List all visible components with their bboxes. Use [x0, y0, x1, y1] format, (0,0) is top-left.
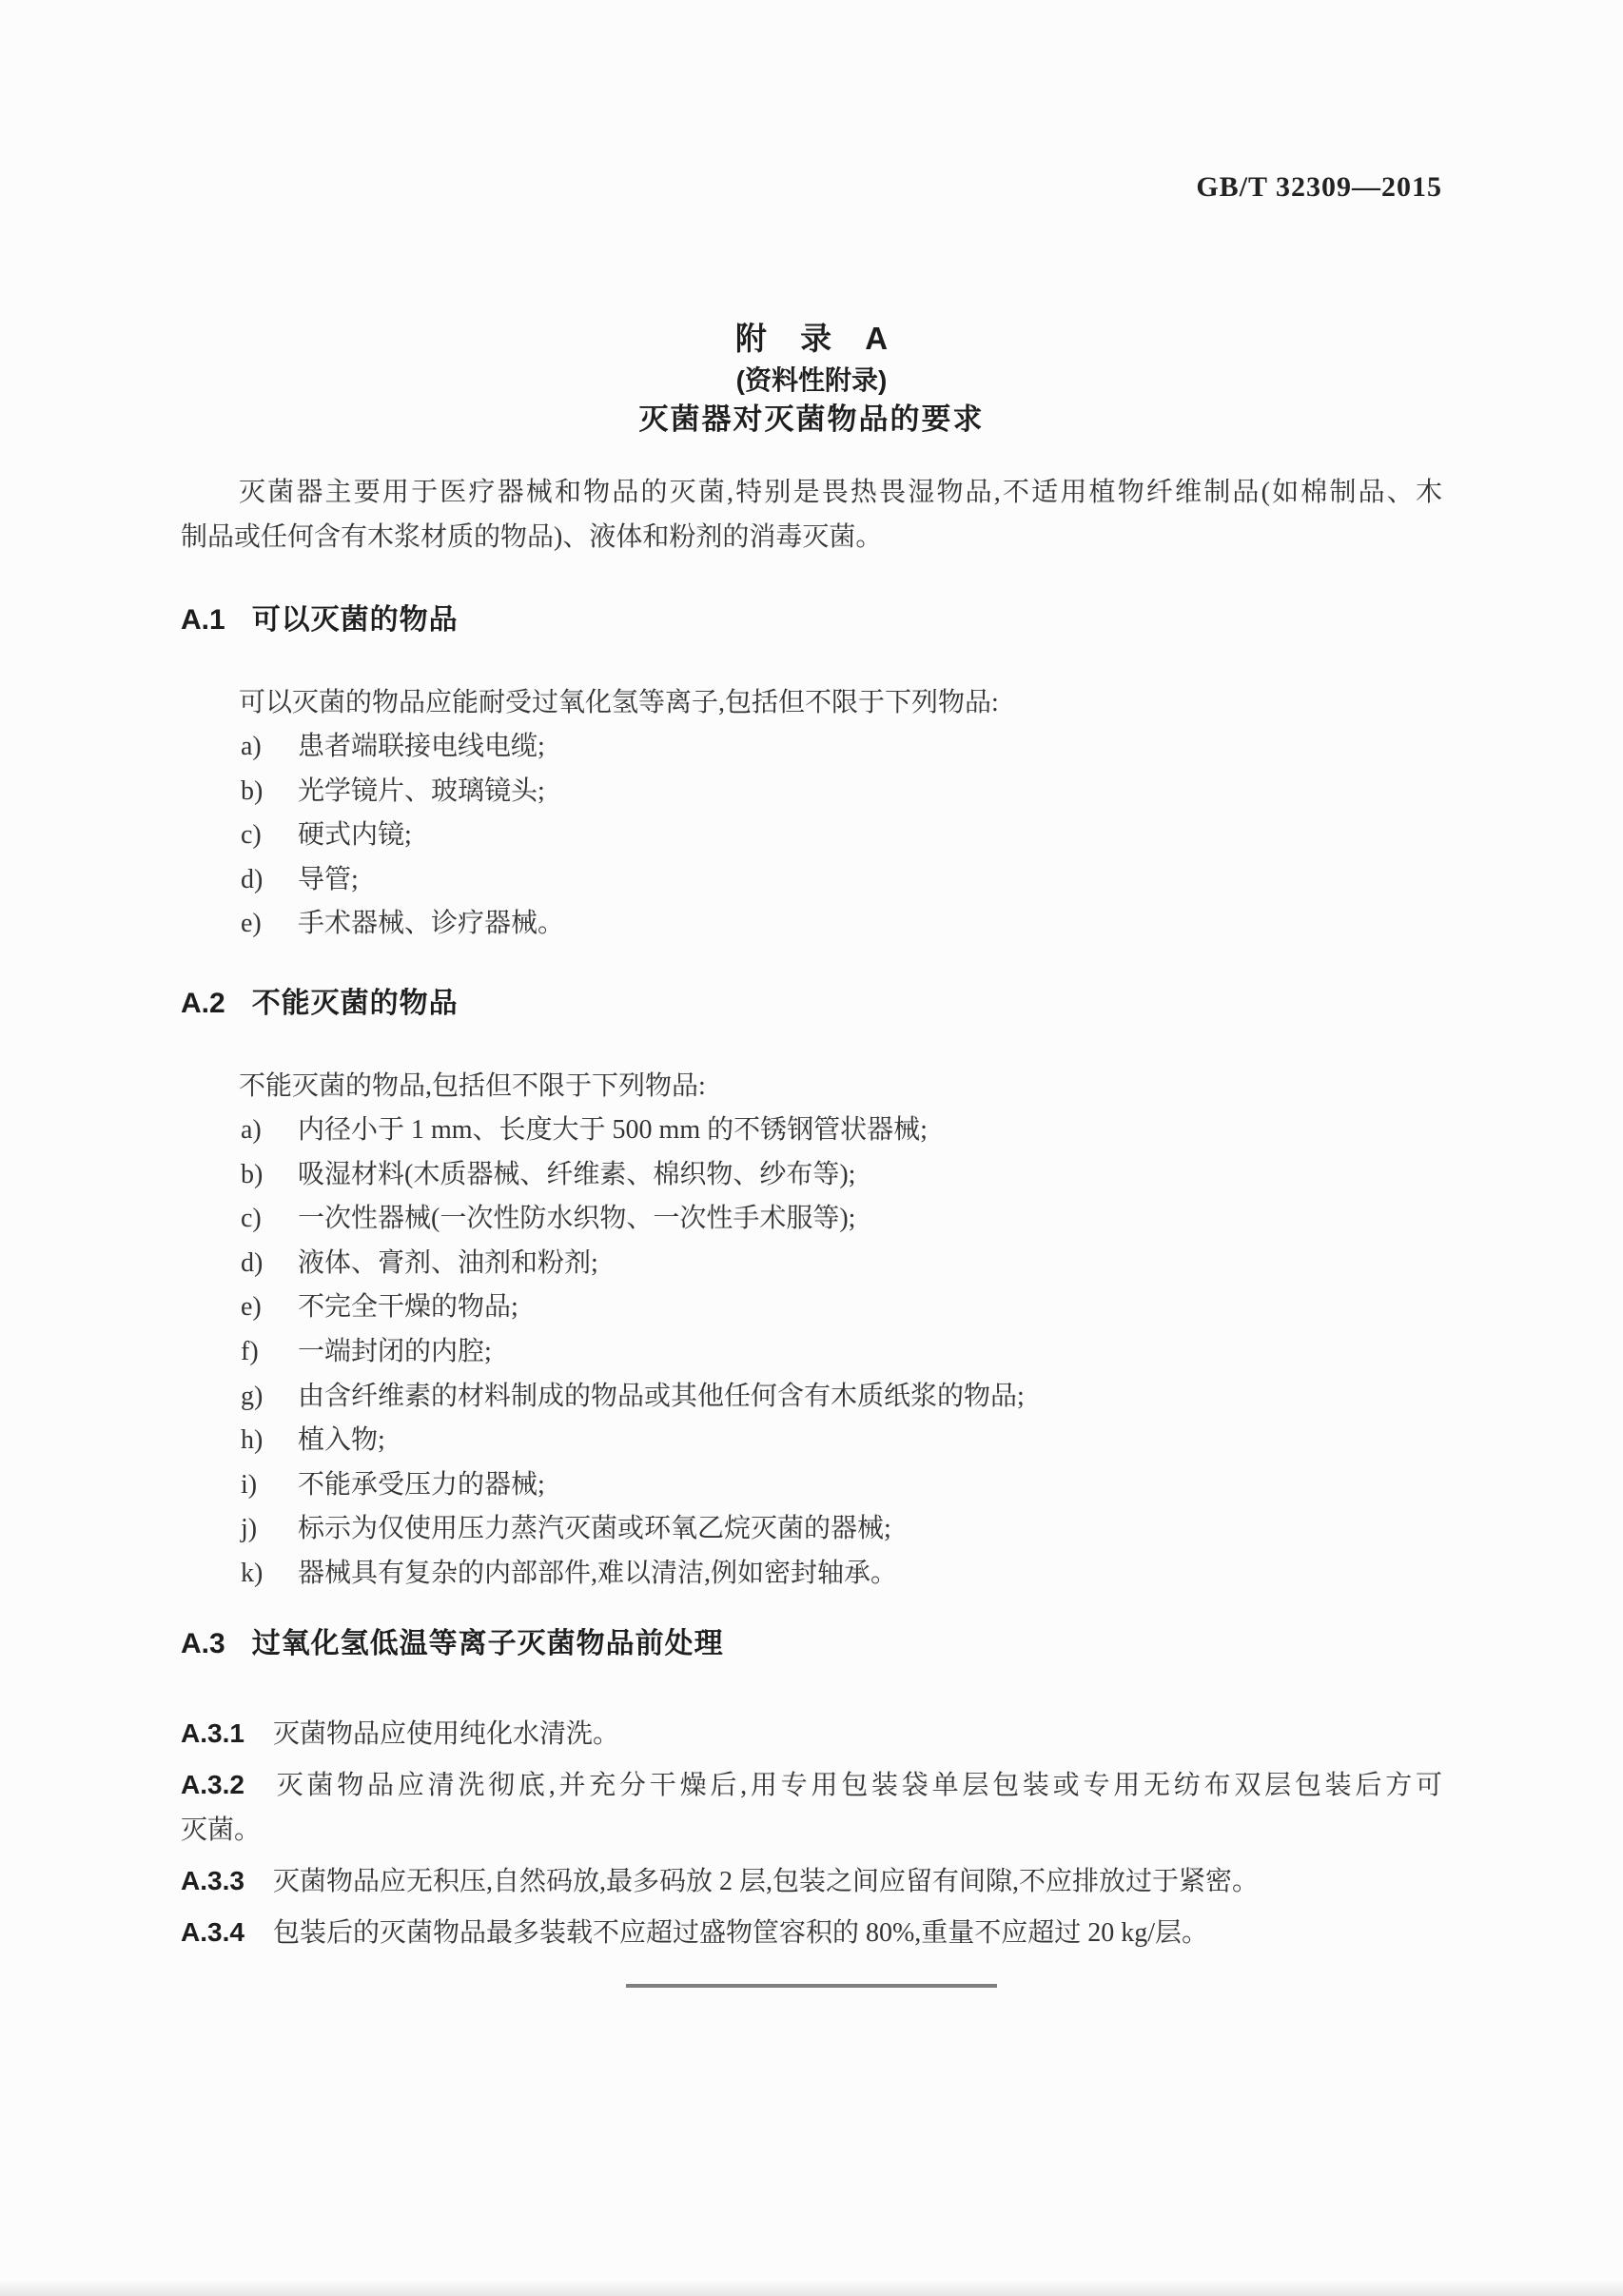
- clause: A.3.2灭菌物品应清洗彻底,并充分干燥后,用专用包装袋单层包装或专用无纺布双层…: [181, 1762, 1442, 1853]
- clause-list: A.3.1灭菌物品应使用纯化水清洗。 A.3.2灭菌物品应清洗彻底,并充分干燥后…: [181, 1711, 1442, 1955]
- clause-text: 灭菌物品应使用纯化水清洗。: [273, 1719, 619, 1749]
- section-heading: A.1可以灭菌的物品: [181, 601, 1442, 639]
- clause: A.3.3灭菌物品应无积压,自然码放,最多码放 2 层,包装之间应留有间隙,不应…: [181, 1858, 1442, 1904]
- list-item: e) 手术器械、诊疗器械。: [181, 902, 1442, 947]
- list-item-label: b): [241, 1153, 298, 1198]
- list-item-label: g): [241, 1375, 298, 1420]
- section-number: A.3: [181, 1628, 225, 1659]
- document-page: GB/T 32309—2015 附 录 A (资料性附录) 灭菌器对灭菌物品的要…: [0, 0, 1623, 2296]
- list-item-label: d): [241, 1242, 298, 1286]
- list-item-text: 植入物;: [298, 1419, 1442, 1463]
- list-item: g) 由含纤维素的材料制成的物品或其他任何含有木质纸浆的物品;: [181, 1375, 1442, 1420]
- list-item-label: d): [241, 858, 298, 903]
- clause: A.3.4包装后的灭菌物品最多装载不应超过盛物筐容积的 80%,重量不应超过 2…: [181, 1910, 1442, 1955]
- clause-first-line: A.3.2灭菌物品应清洗彻底,并充分干燥后,用专用包装袋单层包装或专用无纺布双层…: [181, 1762, 1442, 1808]
- list-item-label: e): [241, 1285, 298, 1330]
- list-item: e) 不完全干燥的物品;: [181, 1285, 1442, 1330]
- section-heading: A.3过氧化氢低温等离子灭菌物品前处理: [181, 1625, 1442, 1663]
- list-item-label: h): [241, 1419, 298, 1463]
- list-item: c) 硬式内镜;: [181, 814, 1442, 858]
- list-item: k) 器械具有复杂的内部部件,难以清洁,例如密封轴承。: [181, 1552, 1442, 1597]
- section-a1: A.1可以灭菌的物品 可以灭菌的物品应能耐受过氧化氢等离子,包括但不限于下列物品…: [181, 601, 1442, 947]
- section-title: 可以灭菌的物品: [252, 604, 459, 636]
- intro-line: 制品或任何含有木浆材质的物品)、液体和粉剂的消毒灭菌。: [181, 515, 1442, 559]
- list-item: d) 导管;: [181, 858, 1442, 903]
- list-item-text: 一次性器械(一次性防水织物、一次性手术服等);: [298, 1197, 1442, 1242]
- section-a3: A.3过氧化氢低温等离子灭菌物品前处理 A.3.1灭菌物品应使用纯化水清洗。 A…: [181, 1625, 1442, 1955]
- list-item-text: 不完全干燥的物品;: [298, 1285, 1442, 1330]
- list-item-text: 硬式内镜;: [298, 814, 1442, 858]
- list-item-text: 患者端联接电线电缆;: [298, 725, 1442, 770]
- list-item-text: 手术器械、诊疗器械。: [298, 902, 1442, 947]
- list-item-label: e): [241, 902, 298, 947]
- section-lead: 不能灭菌的物品,包括但不限于下列物品:: [181, 1064, 1442, 1109]
- intro-line: 灭菌器主要用于医疗器械和物品的灭菌,特别是畏热畏湿物品,不适用植物纤维制品(如棉…: [181, 470, 1442, 515]
- list-item-label: f): [241, 1330, 298, 1375]
- clause-text: 包装后的灭菌物品最多装载不应超过盛物筐容积的 80%,重量不应超过 20 kg/…: [273, 1918, 1208, 1948]
- list-item: a) 患者端联接电线电缆;: [181, 725, 1442, 770]
- list-item-label: c): [241, 814, 298, 858]
- clause-number: A.3.3: [181, 1866, 244, 1895]
- item-list: a) 患者端联接电线电缆; b) 光学镜片、玻璃镜头; c) 硬式内镜; d) …: [181, 725, 1442, 947]
- list-item: f) 一端封闭的内腔;: [181, 1330, 1442, 1375]
- list-item: a) 内径小于 1 mm、长度大于 500 mm 的不锈钢管状器械;: [181, 1109, 1442, 1153]
- clause-number: A.3.1: [181, 1718, 244, 1748]
- section-number: A.2: [181, 988, 225, 1019]
- clause-number: A.3.4: [181, 1917, 244, 1947]
- list-item: b) 光学镜片、玻璃镜头;: [181, 770, 1442, 814]
- clause-continuation: 灭菌。: [181, 1808, 1442, 1853]
- section-title: 过氧化氢低温等离子灭菌物品前处理: [252, 1628, 724, 1659]
- list-item: i) 不能承受压力的器械;: [181, 1463, 1442, 1508]
- list-item-label: b): [241, 770, 298, 814]
- list-item-text: 一端封闭的内腔;: [298, 1330, 1442, 1375]
- list-item-label: k): [241, 1552, 298, 1597]
- clause-text: 灭菌物品应无积压,自然码放,最多码放 2 层,包装之间应留有间隙,不应排放过于紧…: [273, 1867, 1259, 1896]
- list-item-text: 液体、膏剂、油剂和粉剂;: [298, 1242, 1442, 1286]
- list-item-text: 标示为仅使用压力蒸汽灭菌或环氧乙烷灭菌的器械;: [298, 1507, 1442, 1552]
- list-item-text: 导管;: [298, 858, 1442, 903]
- intro-paragraph: 灭菌器主要用于医疗器械和物品的灭菌,特别是畏热畏湿物品,不适用植物纤维制品(如棉…: [181, 470, 1442, 559]
- item-list: a) 内径小于 1 mm、长度大于 500 mm 的不锈钢管状器械; b) 吸湿…: [181, 1109, 1442, 1597]
- list-item-label: c): [241, 1197, 298, 1242]
- clause-text: 灭菌物品应清洗彻底,并充分干燥后,用专用包装袋单层包装或专用无纺布双层包装后方可: [273, 1771, 1442, 1800]
- list-item: d) 液体、膏剂、油剂和粉剂;: [181, 1242, 1442, 1286]
- list-item-text: 内径小于 1 mm、长度大于 500 mm 的不锈钢管状器械;: [298, 1109, 1442, 1153]
- footer-divider: [626, 1984, 997, 1988]
- list-item: c) 一次性器械(一次性防水织物、一次性手术服等);: [181, 1197, 1442, 1242]
- list-item-text: 器械具有复杂的内部部件,难以清洁,例如密封轴承。: [298, 1552, 1442, 1597]
- list-item-text: 光学镜片、玻璃镜头;: [298, 770, 1442, 814]
- list-item: h) 植入物;: [181, 1419, 1442, 1463]
- list-item-text: 吸湿材料(木质器械、纤维素、棉织物、纱布等);: [298, 1153, 1442, 1198]
- section-a2: A.2不能灭菌的物品 不能灭菌的物品,包括但不限于下列物品: a) 内径小于 1…: [181, 985, 1442, 1597]
- page-content: GB/T 32309—2015 附 录 A (资料性附录) 灭菌器对灭菌物品的要…: [0, 0, 1623, 1988]
- section-number: A.1: [181, 604, 225, 636]
- appendix-title-block: 附 录 A (资料性附录) 灭菌器对灭菌物品的要求: [181, 318, 1442, 440]
- list-item: b) 吸湿材料(木质器械、纤维素、棉织物、纱布等);: [181, 1153, 1442, 1198]
- appendix-type-note: (资料性附录): [181, 362, 1442, 400]
- section-heading: A.2不能灭菌的物品: [181, 985, 1442, 1023]
- list-item-label: j): [241, 1507, 298, 1552]
- list-item-text: 由含纤维素的材料制成的物品或其他任何含有木质纸浆的物品;: [298, 1375, 1442, 1420]
- list-item-text: 不能承受压力的器械;: [298, 1463, 1442, 1508]
- standard-number: GB/T 32309—2015: [181, 0, 1442, 206]
- clause: A.3.1灭菌物品应使用纯化水清洗。: [181, 1711, 1442, 1756]
- list-item-label: i): [241, 1463, 298, 1508]
- list-item: j) 标示为仅使用压力蒸汽灭菌或环氧乙烷灭菌的器械;: [181, 1507, 1442, 1552]
- list-item-label: a): [241, 1109, 298, 1153]
- section-title: 不能灭菌的物品: [252, 988, 459, 1019]
- list-item-label: a): [241, 725, 298, 770]
- section-lead: 可以灭菌的物品应能耐受过氧化氢等离子,包括但不限于下列物品:: [181, 680, 1442, 725]
- clause-number: A.3.2: [181, 1770, 244, 1799]
- page-bottom-edge: [0, 2281, 1623, 2296]
- appendix-title: 灭菌器对灭菌物品的要求: [181, 400, 1442, 440]
- appendix-label: 附 录 A: [181, 318, 1442, 360]
